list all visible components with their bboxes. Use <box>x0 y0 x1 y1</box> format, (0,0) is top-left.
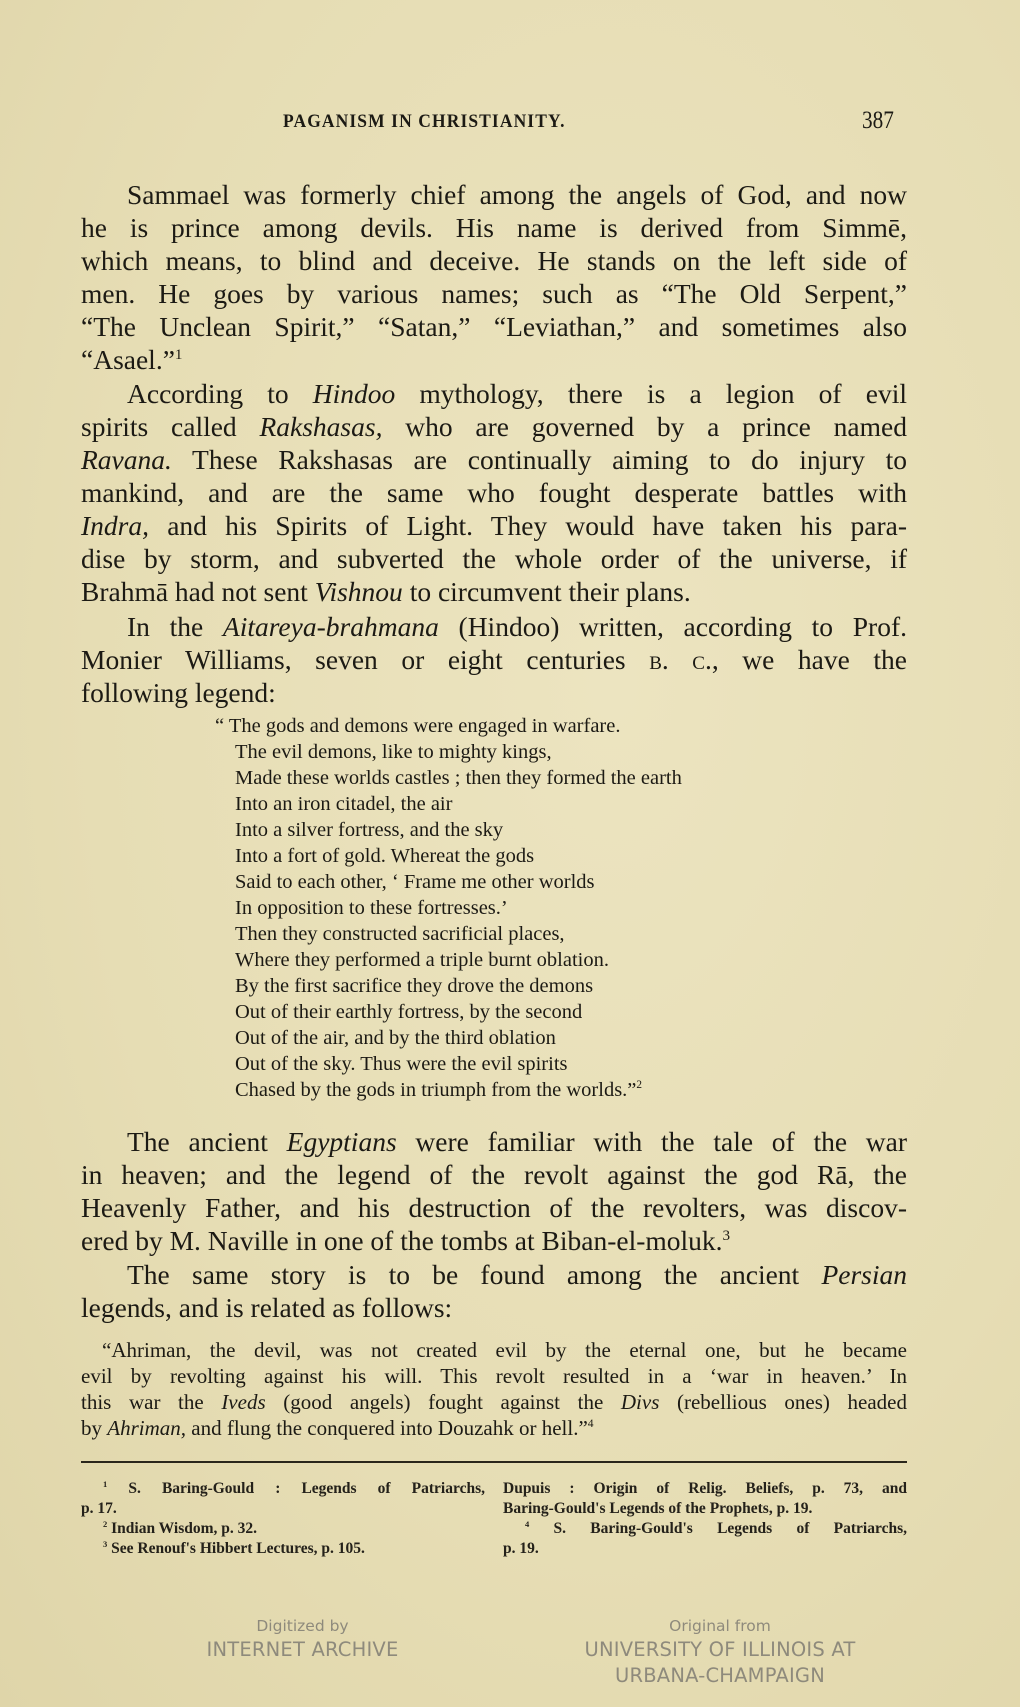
text-line: men. He goes by various names; such as “… <box>81 277 907 310</box>
poem-quote: “ The gods and demons were engaged in wa… <box>215 713 682 1103</box>
original-from-watermark: Original from UNIVERSITY OF ILLINOIS AT … <box>580 1615 860 1689</box>
poem-line: Into a fort of gold. Whereat the gods <box>215 843 682 869</box>
quote-line: by Ahriman, and flung the conquered into… <box>81 1415 907 1441</box>
text-line: spirits called Rakshasas, who are govern… <box>81 410 907 443</box>
paragraph-egyptians: The ancient Egyptians were familiar with… <box>81 1125 907 1257</box>
poem-line: The evil demons, like to mighty kings, <box>215 739 682 765</box>
poem-line: In opposition to these fortresses.’ <box>215 895 682 921</box>
university-link[interactable]: UNIVERSITY OF ILLINOIS AT <box>580 1637 860 1663</box>
footnote-ref[interactable]: 4 <box>588 1418 594 1430</box>
text-line: in heaven; and the legend of the revolt … <box>81 1158 907 1191</box>
text-line: ered by M. Naville in one of the tombs a… <box>81 1224 907 1257</box>
text-line: Sammael was formerly chief among the ang… <box>81 178 907 211</box>
paragraph-persian: The same story is to be found among the … <box>81 1258 907 1324</box>
poem-line: Into an iron citadel, the air <box>215 791 682 817</box>
running-head: PAGANISM IN CHRISTIANITY. 387 <box>0 111 1020 141</box>
text-line: following legend: <box>81 676 907 709</box>
footnote-4: 4 S. Baring-Gould's Legends of Patriarch… <box>503 1519 907 1539</box>
digitized-by-watermark: Digitized by INTERNET ARCHIVE <box>190 1615 415 1663</box>
university-link-cont[interactable]: URBANA-CHAMPAIGN <box>580 1663 860 1689</box>
text-line: Brahmā had not sent Vishnou to circumven… <box>81 575 907 608</box>
text-line: Ravana. These Rakshasas are continually … <box>81 443 907 476</box>
page-number: 387 <box>862 107 894 135</box>
footnote-ref[interactable]: 3 <box>723 1228 731 1244</box>
text-line: Monier Williams, seven or eight centurie… <box>81 643 907 676</box>
running-title: PAGANISM IN CHRISTIANITY. <box>283 111 566 133</box>
footnote-ref[interactable]: 1 <box>175 347 183 363</box>
text-line: The ancient Egyptians were familiar with… <box>81 1125 907 1158</box>
poem-line: Where they performed a triple burnt obla… <box>215 947 682 973</box>
text-line: The same story is to be found among the … <box>81 1258 907 1291</box>
text-line: According to Hindoo mythology, there is … <box>81 377 907 410</box>
poem-line: Said to each other, ‘ Frame me other wor… <box>215 869 682 895</box>
footnotes-right-column: Dupuis : Origin of Relig. Beliefs, p. 73… <box>503 1479 907 1559</box>
footnote-3-cont: Baring-Gould's Legends of the Prophets, … <box>503 1499 907 1519</box>
paragraph-hindoo: According to Hindoo mythology, there is … <box>81 377 907 608</box>
footnote-1-cont: p. 17. <box>81 1499 485 1519</box>
poem-line: Then they constructed sacrificial places… <box>215 921 682 947</box>
internet-archive-link[interactable]: INTERNET ARCHIVE <box>190 1637 415 1663</box>
quote-line: “Ahriman, the devil, was not created evi… <box>81 1337 907 1363</box>
poem-line: Out of their earthly fortress, by the se… <box>215 999 682 1025</box>
text-line: mankind, and are the same who fought des… <box>81 476 907 509</box>
footnote-4-cont: p. 19. <box>503 1539 907 1559</box>
book-page: PAGANISM IN CHRISTIANITY. 387 Sammael wa… <box>0 0 1020 1707</box>
text-line: In the Aitareya-brahmana (Hindoo) writte… <box>81 610 907 643</box>
poem-line: Chased by the gods in triumph from the w… <box>215 1077 682 1103</box>
poem-line: Made these worlds castles ; then they fo… <box>215 765 682 791</box>
quote-line: this war the Iveds (good angels) fought … <box>81 1389 907 1415</box>
text-line: he is prince among devils. His name is d… <box>81 211 907 244</box>
text-line: which means, to blind and deceive. He st… <box>81 244 907 277</box>
text-line: Heavenly Father, and his destruction of … <box>81 1191 907 1224</box>
paragraph-sammael: Sammael was formerly chief among the ang… <box>81 178 907 376</box>
footnote-1: 1 S. Baring-Gould : Legends of Patriarch… <box>81 1479 485 1499</box>
poem-line: By the first sacrifice they drove the de… <box>215 973 682 999</box>
poem-line: Into a silver fortress, and the sky <box>215 817 682 843</box>
footnote-2: 2 Indian Wisdom, p. 32. <box>81 1519 485 1539</box>
footnote-ref[interactable]: 2 <box>636 1079 642 1091</box>
poem-line: Out of the air, and by the third oblatio… <box>215 1025 682 1051</box>
text-line: dise by storm, and subverted the whole o… <box>81 542 907 575</box>
footnote-3: 3 See Renouf's Hibbert Lectures, p. 105. <box>81 1539 485 1559</box>
footnote-divider <box>81 1461 907 1463</box>
quote-line: evil by revolting against his will. This… <box>81 1363 907 1389</box>
poem-line: “ The gods and demons were engaged in wa… <box>215 713 682 739</box>
text-line: “Asael.”1 <box>81 343 907 376</box>
text-line: Indra, and his Spirits of Light. They wo… <box>81 509 907 542</box>
paragraph-aitareya: In the Aitareya-brahmana (Hindoo) writte… <box>81 610 907 709</box>
footnotes-left-column: 1 S. Baring-Gould : Legends of Patriarch… <box>81 1479 485 1559</box>
text-line: “The Unclean Spirit,” “Satan,” “Leviatha… <box>81 310 907 343</box>
footnote-3-cont: Dupuis : Origin of Relig. Beliefs, p. 73… <box>503 1479 907 1499</box>
persian-quote: “Ahriman, the devil, was not created evi… <box>81 1337 907 1441</box>
poem-line: Out of the sky. Thus were the evil spiri… <box>215 1051 682 1077</box>
text-line: legends, and is related as follows: <box>81 1291 907 1324</box>
